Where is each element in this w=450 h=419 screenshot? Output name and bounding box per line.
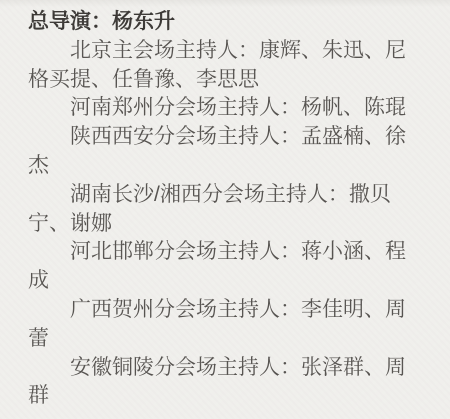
director-label: 总导演： <box>28 10 112 33</box>
venue-label: 湖南长沙/湘西分会场主持人： <box>70 183 349 206</box>
article-text-page: 总导演：杨东升 北京主会场主持人：康辉、朱迅、尼格买提、任鲁豫、李思思 河南郑州… <box>0 0 450 419</box>
venue-label: 广西贺州分会场主持人： <box>70 298 301 321</box>
host-line-shaanxi-xian: 陕西西安分会场主持人：孟盛楠、徐杰 <box>28 123 422 181</box>
venue-label: 安徽铜陵分会场主持人： <box>70 356 301 379</box>
host-line-hunan-changsha-xiangxi: 湖南长沙/湘西分会场主持人：撒贝宁、谢娜 <box>28 181 422 239</box>
venue-label: 北京主会场主持人： <box>70 39 259 62</box>
venue-label: 河南郑州分会场主持人： <box>70 96 301 119</box>
venue-label: 河北邯郸分会场主持人： <box>70 240 301 263</box>
director-name: 杨东升 <box>112 10 175 33</box>
host-line-henan-zhengzhou: 河南郑州分会场主持人：杨帆、陈琨 <box>28 94 422 123</box>
host-line-beijing: 北京主会场主持人：康辉、朱迅、尼格买提、任鲁豫、李思思 <box>28 37 422 95</box>
venue-label: 陕西西安分会场主持人： <box>70 125 301 148</box>
host-line-anhui-tongling: 安徽铜陵分会场主持人：张泽群、周群 <box>28 354 422 412</box>
host-line-guangxi-hezhou: 广西贺州分会场主持人：李佳明、周蕾 <box>28 296 422 354</box>
director-line: 总导演：杨东升 <box>28 8 422 37</box>
host-line-hebei-handan: 河北邯郸分会场主持人：蒋小涵、程成 <box>28 238 422 296</box>
host-names: 杨帆、陈琨 <box>301 96 406 119</box>
